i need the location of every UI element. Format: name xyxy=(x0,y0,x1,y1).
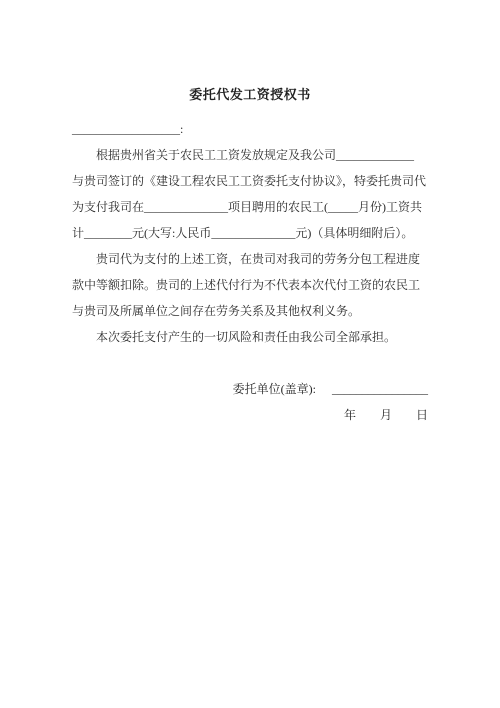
document-title: 委托代发工资授权书 xyxy=(72,82,428,108)
body-line-3: 为支付我司在______________项目聘用的农民工(_____月份)工资共 xyxy=(72,194,428,220)
signature-row: 委托单位(盖章):________________ xyxy=(72,376,428,402)
signature-label: 委托单位(盖章): xyxy=(233,382,316,396)
date-line: 年 月 日 xyxy=(72,402,428,428)
body-line-2: 与贵司签订的《建设工程农民工工资委托支付协议》，特委托贵司代 xyxy=(72,168,428,194)
body-line-8: 本次委托支付产生的一切风险和责任由我公司全部承担。 xyxy=(72,324,428,350)
body-line-4: 计________元(大写:人民币______________元)（具体明细附后… xyxy=(72,220,428,246)
body-line-5: 贵司代为支付的上述工资，在贵司对我司的劳务分包工程进度 xyxy=(72,246,428,272)
addressee-blank-line: __________________: xyxy=(72,116,428,142)
document-page: 委托代发工资授权书 __________________: 根据贵州省关于农民工… xyxy=(0,0,500,708)
body-line-6: 款中等额扣除。贵司的上述代付行为不代表本次代付工资的农民工 xyxy=(72,272,428,298)
signature-blank-line: ________________ xyxy=(332,382,428,396)
body-line-7: 与贵司及所属单位之间存在劳务关系及其他权利义务。 xyxy=(72,298,428,324)
body-line-1: 根据贵州省关于农民工工资发放规定及我公司_____________ xyxy=(72,142,428,168)
